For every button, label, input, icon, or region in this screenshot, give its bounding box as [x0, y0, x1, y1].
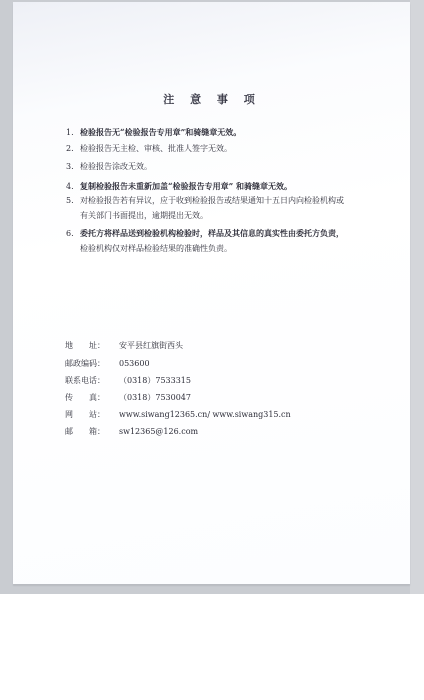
- contact-email: 邮 箱：sw12365@126.com: [65, 427, 198, 437]
- notice-item-2: 2.检验报告无主检、审核、批准人签字无效。: [66, 144, 232, 154]
- document-page: [13, 2, 410, 584]
- notice-item-6-continuation: 检验机构仅对样品检验结果的准确性负责。: [80, 244, 232, 254]
- page-title: 注 意 事 项: [0, 91, 424, 107]
- contact-website: 网 站：www.siwang12365.cn/ www.siwang315.cn: [65, 410, 291, 420]
- contact-postcode: 邮政编码：053600: [65, 359, 150, 369]
- notice-item-3: 3.检验报告涂改无效。: [66, 162, 152, 172]
- scan-edge: [410, 0, 424, 594]
- notice-item-6: 6.委托方将样品送到检验机构检验时，样品及其信息的真实性由委托方负责，: [66, 228, 344, 239]
- contact-address: 地 址：安平县红旗街西头: [65, 341, 183, 351]
- contact-phone: 联系电话：（0318）7533315: [65, 376, 191, 386]
- notice-item-1: 1.检验报告无“检验报告专用章”和骑缝章无效。: [66, 127, 241, 138]
- notice-item-5: 5.对检验报告若有异议，应于收到检验报告或结果通知十五日内向检验机构或: [66, 196, 344, 206]
- notice-item-4: 4.复制检验报告未重新加盖“检验报告专用章” 和骑缝章无效。: [66, 181, 292, 192]
- contact-fax: 传 真：（0318）7530047: [65, 393, 191, 403]
- notice-item-5-continuation: 有关部门书面提出，逾期提出无效。: [80, 211, 208, 221]
